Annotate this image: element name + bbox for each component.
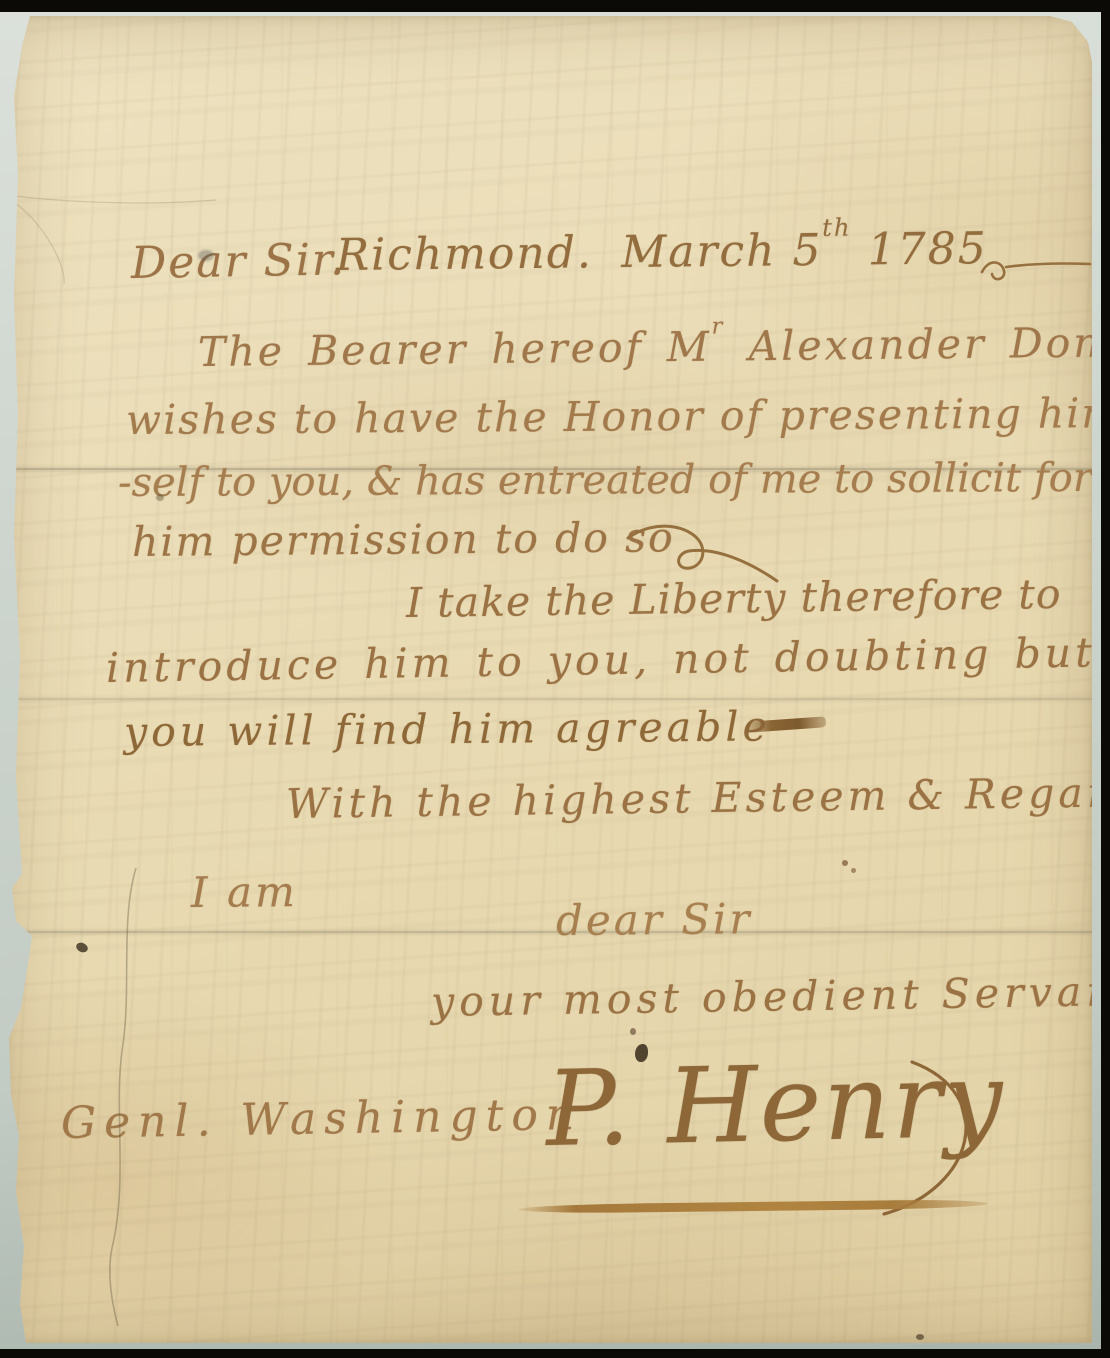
salutation: Dear Sir. — [131, 234, 347, 289]
ink-speck — [75, 941, 90, 954]
letter-line: you will find him agreable — [124, 702, 771, 756]
letter-line: introduce him to you, not doubting but — [106, 628, 1096, 692]
date-year: 1785 — [868, 223, 989, 275]
address-line: Genl. Washington — [61, 1089, 583, 1149]
place-date-line: Richmond. March 5th 1785 — [336, 223, 988, 281]
place-name: Richmond. — [336, 227, 593, 281]
letter-line: -self to you, & has entreated of me to s… — [118, 455, 1092, 506]
fold-crease-bottom — [6, 931, 1092, 933]
closing-dear-sir: dear Sir — [556, 894, 753, 945]
closing-i-am: I am — [191, 867, 298, 917]
ink-speck — [916, 1334, 924, 1340]
mister-superscript: r — [711, 313, 725, 339]
closing-esteem-line: With the highest Esteem & Regard — [286, 768, 1110, 828]
ink-speck — [156, 494, 164, 501]
letter-paper: Dear Sir. Richmond. March 5th 1785 The B… — [6, 16, 1092, 1343]
ink-speck — [630, 1028, 636, 1035]
fold-crease-middle — [6, 698, 1092, 700]
date-day: March 5 — [621, 225, 823, 278]
signature-underline-flourish — [518, 1199, 988, 1214]
closing-obedient-servant: your most obedient Servant — [431, 967, 1110, 1026]
date-flourish — [978, 254, 1094, 284]
ink-speck — [851, 868, 856, 873]
letter-line-bearer: The Bearer hereof Mr Alexander Donald — [198, 318, 1110, 376]
scanned-letter-scene: Dear Sir. Richmond. March 5th 1785 The B… — [0, 0, 1110, 1358]
letter-line: I take the Liberty therefore to — [406, 570, 1062, 627]
signature: P. Henry — [545, 1038, 1006, 1170]
smudge-mark — [198, 250, 214, 261]
letter-line: wishes to have the Honor of presenting h… — [126, 389, 1110, 444]
ink-speck — [842, 860, 848, 866]
letter-line: him permission to do so — [132, 513, 675, 566]
date-ordinal-superscript: th — [822, 214, 852, 242]
